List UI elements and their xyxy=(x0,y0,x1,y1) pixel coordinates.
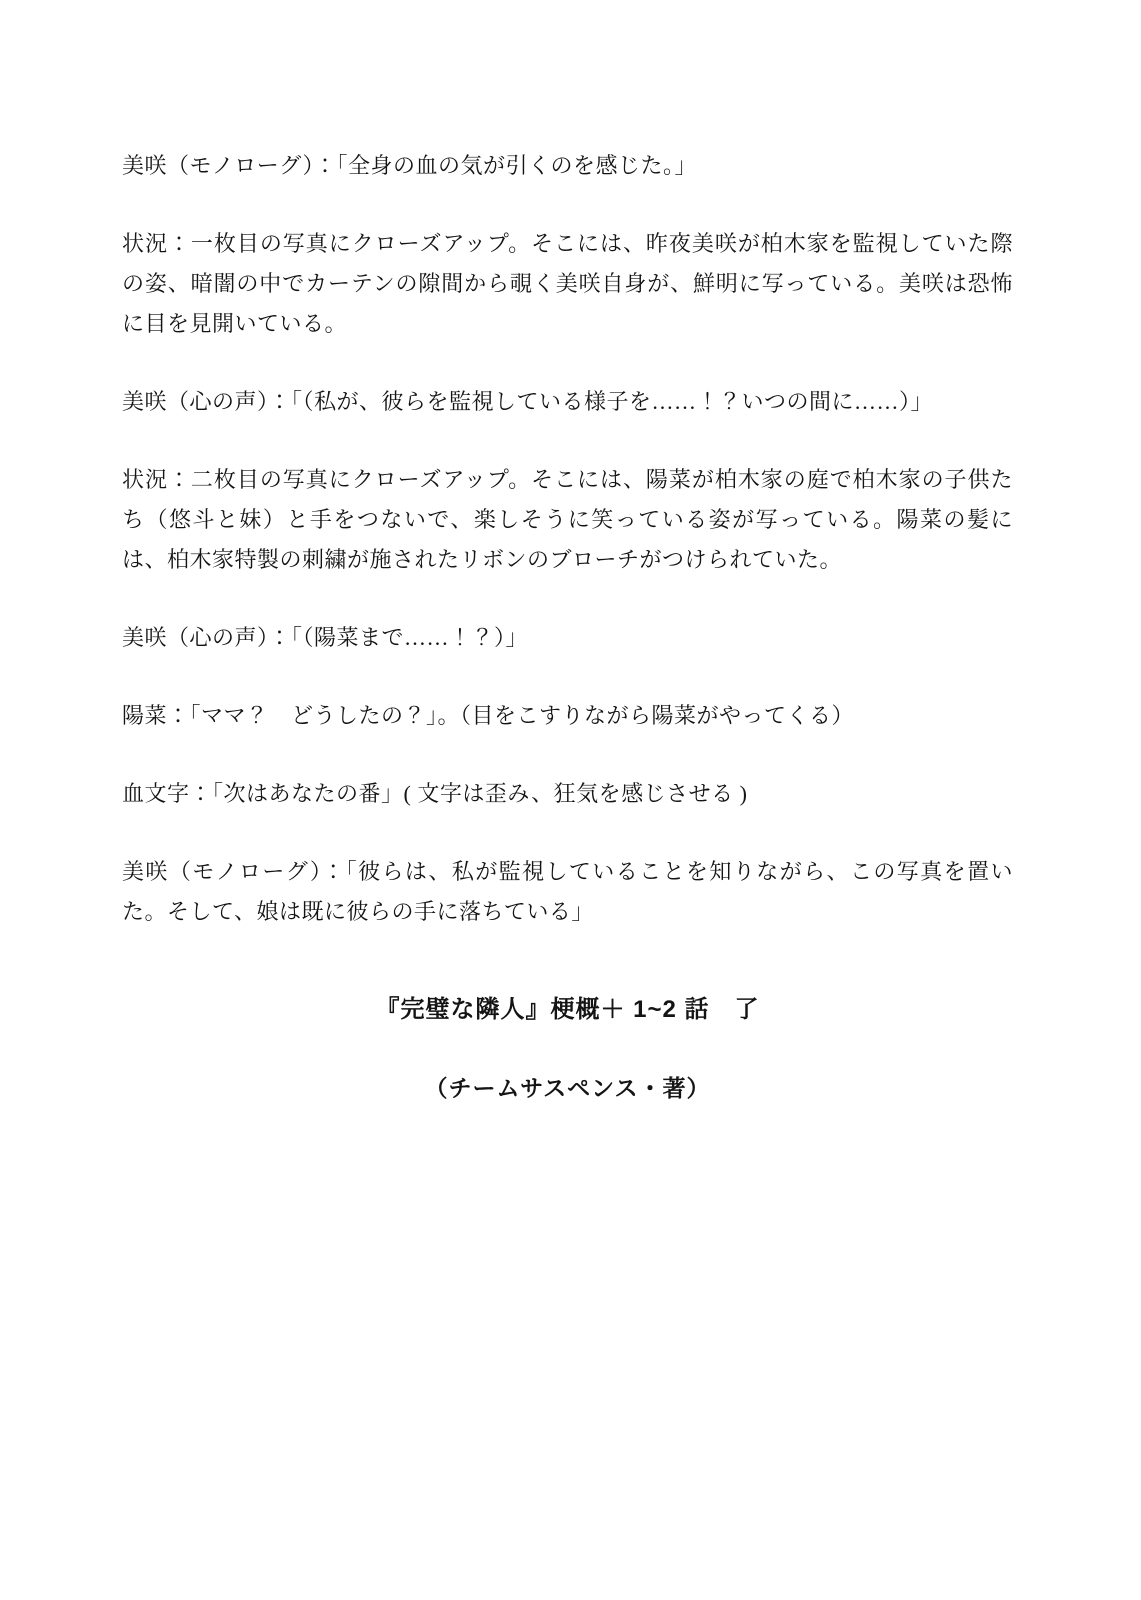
scene-description-photo-2: 状況：二枚目の写真にクローズアップ。そこには、陽菜が柏木家の庭で柏木家の子供たち… xyxy=(122,460,1013,580)
document-page: 美咲（モノローグ）：「全身の血の気が引くのを感じた。」 状況：一枚目の写真にクロ… xyxy=(0,0,1141,1600)
misaki-monologue-1: 美咲（モノローグ）：「全身の血の気が引くのを感じた。」 xyxy=(122,146,1013,186)
misaki-inner-voice-1: 美咲（心の声）：「（私が、彼らを監視している様子を……！？いつの間に……）」 xyxy=(122,382,1013,422)
misaki-inner-voice-2: 美咲（心の声）：「（陽菜まで……！？）」 xyxy=(122,618,1013,658)
author-credit: （チームサスペンス・著） xyxy=(122,1068,1013,1108)
ending-title: 『完璧な隣人』梗概＋ 1~2 話 了 xyxy=(122,990,1013,1030)
hina-dialogue: 陽菜：「ママ？ どうしたの？」。（目をこすりながら陽菜がやってくる） xyxy=(122,696,1013,736)
scene-description-photo-1: 状況：一枚目の写真にクローズアップ。そこには、昨夜美咲が柏木家を監視していた際の… xyxy=(122,224,1013,344)
misaki-monologue-2: 美咲（モノローグ）：「彼らは、私が監視していることを知りながら、この写真を置いた… xyxy=(122,852,1013,932)
script-body: 美咲（モノローグ）：「全身の血の気が引くのを感じた。」 状況：一枚目の写真にクロ… xyxy=(122,146,1013,932)
blood-writing-line: 血文字：「次はあなたの番」( 文字は歪み、狂気を感じさせる ) xyxy=(122,774,1013,814)
